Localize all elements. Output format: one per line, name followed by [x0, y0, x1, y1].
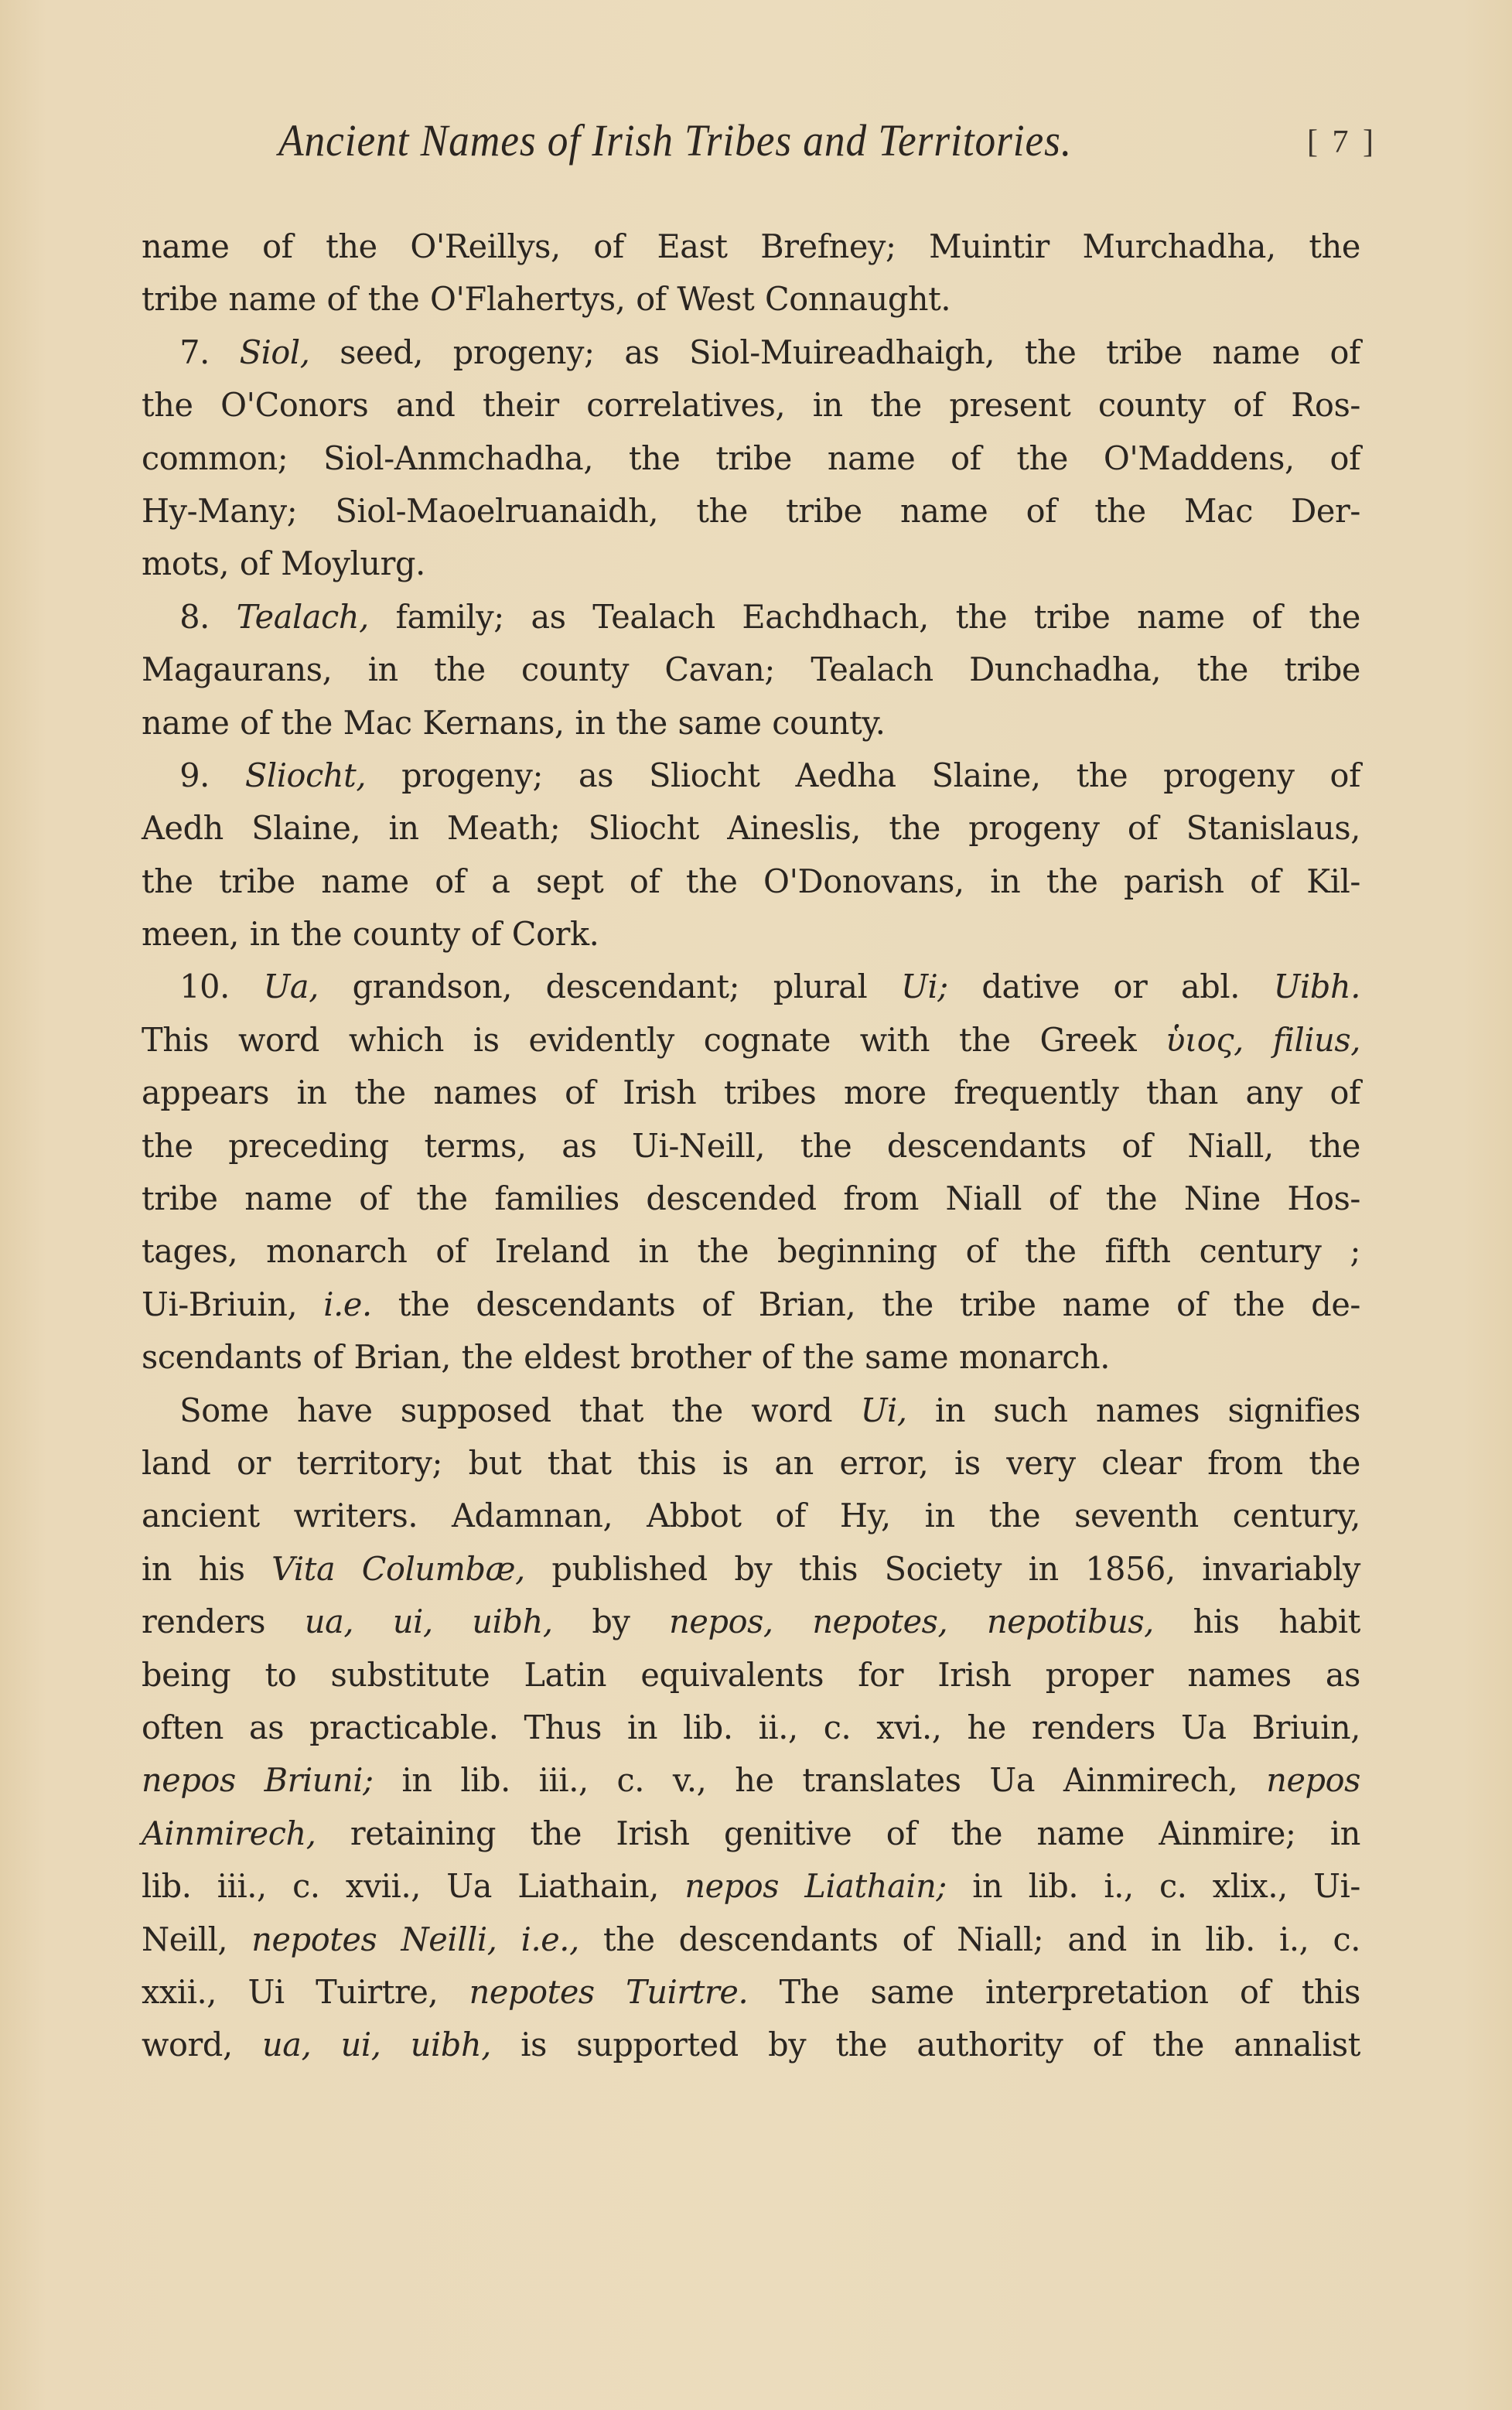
text-span: the descendants of Niall; and in lib. i.… — [579, 1920, 1360, 1958]
text-line: 7. Siol, seed, progeny; as Siol-Muireadh… — [142, 326, 1360, 379]
italic-term: Ua, — [263, 968, 319, 1005]
text-span: by — [553, 1603, 670, 1640]
text-line: tages, monarch of Ireland in the beginni… — [142, 1225, 1360, 1278]
text-span: This word which is evidently cognate wit… — [142, 1021, 1166, 1059]
italic-term: nepos — [1266, 1761, 1360, 1799]
text-span: dative or abl. — [948, 968, 1274, 1005]
text-line: Neill, nepotes Neilli, i.e., the descend… — [142, 1913, 1360, 1966]
italic-term: Ui; — [901, 968, 948, 1005]
text-line: 10. Ua, grandson, descendant; plural Ui;… — [142, 961, 1360, 1013]
text-span: Some have supposed that the word — [179, 1391, 860, 1429]
text-span: renders — [142, 1603, 305, 1640]
text-line: Ui-Briuin, i.e. the descendants of Brian… — [142, 1278, 1360, 1331]
italic-term: nepos Briuni; — [142, 1761, 374, 1799]
text-line: Hy-Many; Siol-Maoelruanaidh, the tribe n… — [142, 485, 1360, 538]
text-span: progeny; as Sliocht Aedha Slaine, the pr… — [366, 756, 1360, 794]
text-line: mots, of Moylurg. — [142, 538, 1360, 590]
text-line: This word which is evidently cognate wit… — [142, 1014, 1360, 1067]
text-line: Ainmirech, retaining the Irish genitive … — [142, 1807, 1360, 1860]
book-page: Ancient Names of Irish Tribes and Territ… — [0, 0, 1512, 2410]
text-span: Neill, — [142, 1920, 251, 1958]
text-span: family; as Tealach Eachdhach, the tribe … — [369, 598, 1360, 636]
text-line: tribe name of the O'Flahertys, of West C… — [142, 273, 1360, 326]
text-line: Aedh Slaine, in Meath; Sliocht Aineslis,… — [142, 802, 1360, 855]
text-line: name of the O'Reillys, of East Brefney; … — [142, 220, 1360, 273]
italic-term: ua, ui, uibh, — [305, 1603, 553, 1640]
text-line: nepos Briuni; in lib. iii., c. v., he tr… — [142, 1754, 1360, 1807]
text-span: ancient writers. Adamnan, Abbot of Hy, i… — [142, 1497, 1360, 1534]
text-line: tribe name of the families descended fro… — [142, 1173, 1360, 1225]
text-span: tribe name of the families descended fro… — [142, 1179, 1360, 1217]
text-span: retaining the Irish genitive of the name… — [316, 1814, 1360, 1852]
text-span: in lib. i., c. xlix., Ui- — [947, 1867, 1360, 1905]
text-span: Aedh Slaine, in Meath; Sliocht Aineslis,… — [142, 809, 1360, 847]
text-span: 8. — [179, 598, 236, 636]
italic-term: nepotes Tuirtre. — [469, 1973, 749, 2011]
text-line: 8. Tealach, family; as Tealach Eachdhach… — [142, 591, 1360, 643]
text-span: Magaurans, in the county Cavan; Tealach … — [142, 650, 1360, 688]
body-text: name of the O'Reillys, of East Brefney; … — [142, 220, 1379, 2072]
italic-term: Siol, — [240, 333, 310, 371]
text-line: Some have supposed that the word Ui, in … — [142, 1384, 1360, 1437]
text-span: his habit — [1154, 1603, 1360, 1640]
text-line: appears in the names of Irish tribes mor… — [142, 1067, 1360, 1119]
text-line: the preceding terms, as Ui-Neill, the de… — [142, 1120, 1360, 1173]
text-span: lib. iii., c. xvii., Ua Liathain, — [142, 1867, 684, 1905]
running-head: Ancient Names of Irish Tribes and Territ… — [278, 114, 1377, 176]
text-line: often as practicable. Thus in lib. ii., … — [142, 1702, 1360, 1754]
text-span: seed, progeny; as Siol-Muireadhaigh, the… — [310, 333, 1360, 371]
text-line: name of the Mac Kernans, in the same cou… — [142, 697, 1360, 749]
text-line: meen, in the county of Cork. — [142, 908, 1360, 961]
italic-term: ua, ui, uibh, — [262, 2026, 491, 2064]
text-span: The same interpretation of this — [748, 1973, 1360, 2011]
text-span: name of the Mac Kernans, in the same cou… — [142, 704, 886, 742]
text-span: name of the O'Reillys, of East Brefney; … — [142, 227, 1360, 265]
text-line: common; Siol-Anmchadha, the tribe name o… — [142, 432, 1360, 485]
italic-term: i.e. — [323, 1285, 371, 1323]
text-span: 9. — [179, 756, 245, 794]
text-line: scendants of Brian, the eldest brother o… — [142, 1331, 1360, 1384]
text-line: the O'Conors and their correlatives, in … — [142, 379, 1360, 432]
text-span: 7. — [179, 333, 239, 371]
text-span: the preceding terms, as Ui-Neill, the de… — [142, 1127, 1360, 1165]
text-span: the descendants of Brian, the tribe name… — [372, 1285, 1360, 1323]
text-line: lib. iii., c. xvii., Ua Liathain, nepos … — [142, 1860, 1360, 1913]
text-span: in such names signifies — [907, 1391, 1360, 1429]
text-span: word, — [142, 2026, 262, 2064]
text-line: xxii., Ui Tuirtre, nepotes Tuirtre. The … — [142, 1966, 1360, 2019]
italic-term: Ainmirech, — [142, 1814, 316, 1852]
text-span: scendants of Brian, the eldest brother o… — [142, 1338, 1110, 1376]
text-span: common; Siol-Anmchadha, the tribe name o… — [142, 439, 1360, 477]
running-title: Ancient Names of Irish Tribes and Territ… — [278, 114, 1072, 166]
text-line: the tribe name of a sept of the O'Donova… — [142, 855, 1360, 908]
text-span: Hy-Many; Siol-Maoelruanaidh, the tribe n… — [142, 492, 1360, 530]
text-span: Ui-Briuin, — [142, 1285, 323, 1323]
italic-term: Uibh. — [1274, 968, 1360, 1005]
text-span: in lib. iii., c. v., he translates Ua Ai… — [374, 1761, 1267, 1799]
page-number: [ 7 ] — [1307, 124, 1377, 161]
text-line: Magaurans, in the county Cavan; Tealach … — [142, 643, 1360, 696]
text-span: often as practicable. Thus in lib. ii., … — [142, 1709, 1360, 1746]
italic-term: Vita Columbæ, — [271, 1550, 525, 1588]
italic-term: Ui, — [861, 1391, 907, 1429]
text-span: meen, in the county of Cork. — [142, 915, 599, 953]
text-span: appears in the names of Irish tribes mor… — [142, 1074, 1360, 1111]
text-span: the tribe name of a sept of the O'Donova… — [142, 862, 1360, 900]
text-line: ancient writers. Adamnan, Abbot of Hy, i… — [142, 1490, 1360, 1542]
text-line: in his Vita Columbæ, published by this S… — [142, 1543, 1360, 1596]
italic-term: ὑιος, filius, — [1166, 1021, 1360, 1059]
text-line: 9. Sliocht, progeny; as Sliocht Aedha Sl… — [142, 749, 1360, 802]
text-span: land or territory; but that this is an e… — [142, 1444, 1360, 1482]
text-line: land or territory; but that this is an e… — [142, 1437, 1360, 1490]
text-span: mots, of Moylurg. — [142, 544, 425, 582]
text-line: being to substitute Latin equivalents fo… — [142, 1649, 1360, 1702]
text-span: published by this Society in 1856, invar… — [525, 1550, 1360, 1588]
italic-term: nepotes Neilli, i.e., — [251, 1920, 579, 1958]
text-span: tages, monarch of Ireland in the beginni… — [142, 1232, 1360, 1270]
text-span: 10. — [179, 968, 263, 1005]
text-span: is supported by the authority of the ann… — [491, 2026, 1360, 2064]
text-line: renders ua, ui, uibh, by nepos, nepotes,… — [142, 1596, 1360, 1648]
italic-term: Sliocht, — [245, 756, 366, 794]
text-span: in his — [142, 1550, 271, 1588]
italic-term: nepos, nepotes, nepotibus, — [669, 1603, 1154, 1640]
text-span: grandson, descendant; plural — [319, 968, 901, 1005]
text-span: the O'Conors and their correlatives, in … — [142, 386, 1360, 424]
text-line: word, ua, ui, uibh, is supported by the … — [142, 2019, 1360, 2071]
italic-term: Tealach, — [237, 598, 369, 636]
text-span: xxii., Ui Tuirtre, — [142, 1973, 469, 2011]
italic-term: nepos Liathain; — [684, 1867, 947, 1905]
text-span: being to substitute Latin equivalents fo… — [142, 1656, 1360, 1694]
text-span: tribe name of the O'Flahertys, of West C… — [142, 280, 951, 318]
